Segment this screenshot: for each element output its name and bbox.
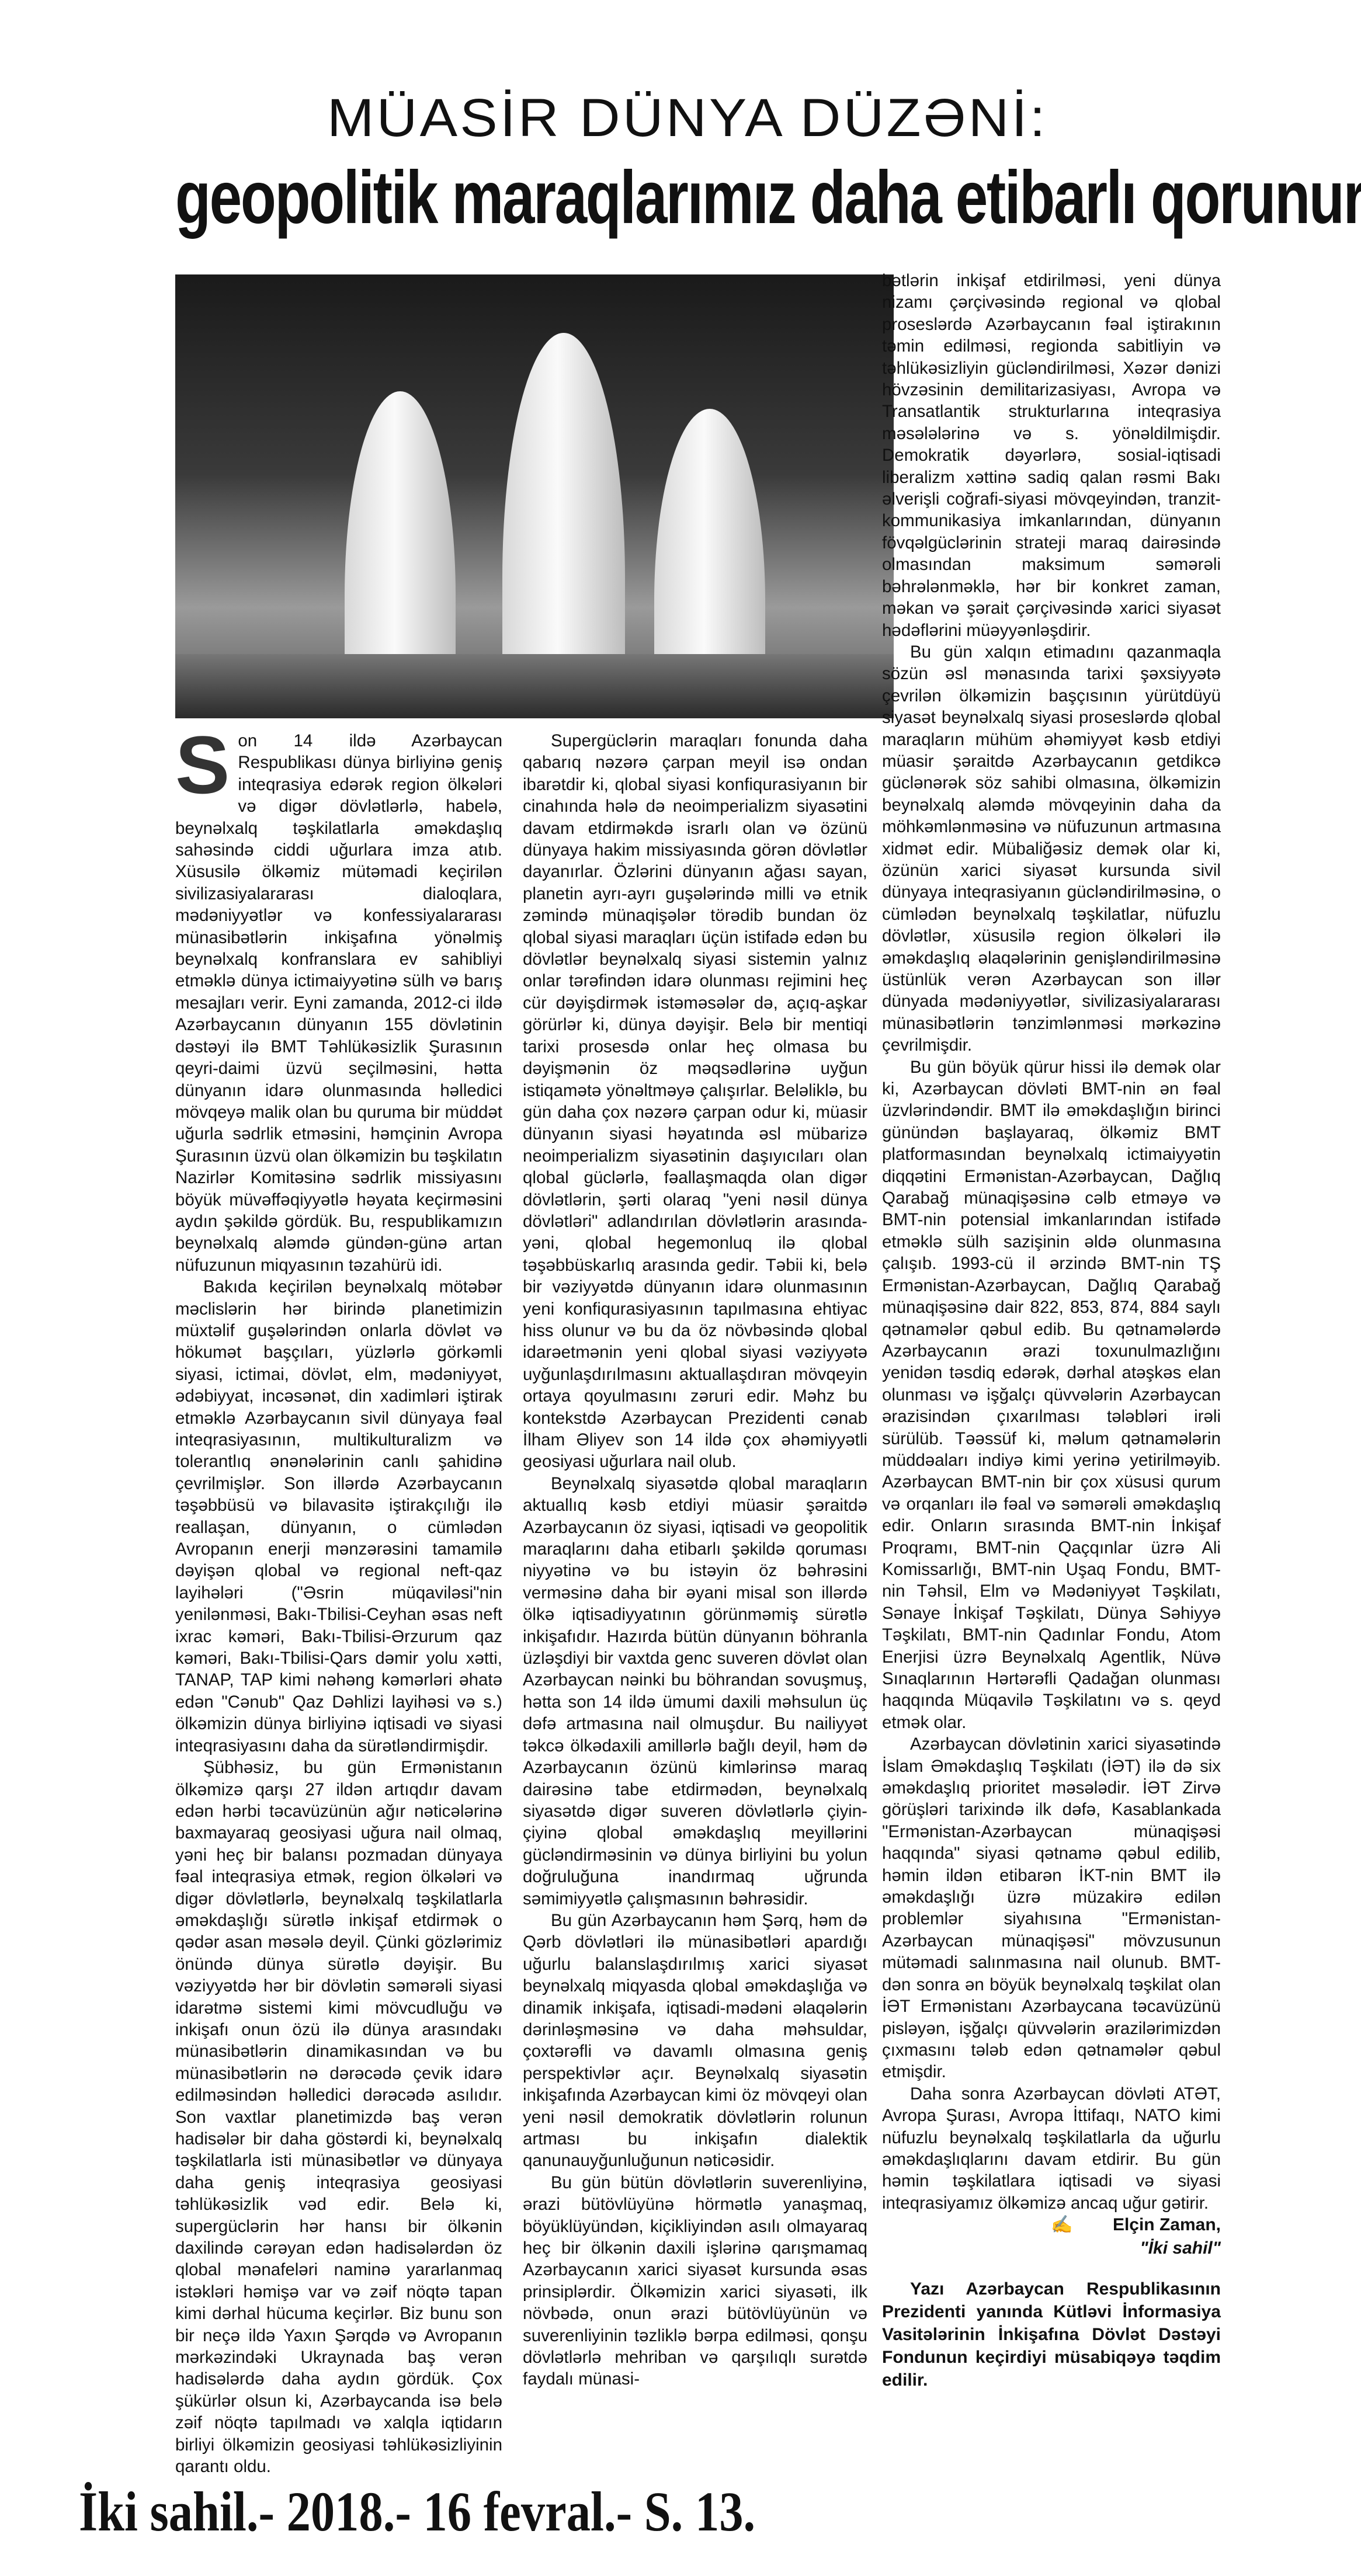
paragraph: Bu gün bütün dövlətlərin suverenliyinə, … [523, 2172, 867, 2390]
paragraph: Daha sonra Azərbaycan dövləti ATƏT, Avro… [882, 2083, 1221, 2214]
paragraph: Beynəlxalq siyasətdə qlobal maraqların a… [523, 1473, 867, 1910]
paragraph: Azərbaycan dövlətinin xarici siyasətində… [882, 1733, 1221, 2083]
kicker: MÜASİR DÜNYA DÜZƏNİ: [327, 88, 1048, 149]
city-skyline [175, 654, 894, 718]
flame-tower-center [502, 333, 625, 683]
headline: geopolitik maraqlarımız daha etibarlı qo… [175, 155, 1361, 241]
paragraph: Supergüclərin maraqları fonunda daha qab… [523, 730, 867, 1473]
article-column-3: bətlərin inkişaf etdirilməsi, yeni dünya… [882, 270, 1221, 2214]
source-citation: İki sahil.- 2018.- 16 fevral.- S. 13. [79, 2479, 755, 2544]
pen-icon: ✍ [1051, 2215, 1072, 2234]
flame-tower-left [345, 391, 456, 683]
author-name: Elçin Zaman, [1113, 2215, 1221, 2234]
paragraph: Bu gün Azərbaycanın həm Şərq, həm də Qər… [523, 1910, 867, 2172]
byline: ✍ Elçin Zaman, "İki sahil" [882, 2213, 1221, 2260]
paragraph: Bu gün xalqın etimadını qazanmaqla sözün… [882, 641, 1221, 1056]
publication-name: "İki sahil" [882, 2237, 1221, 2260]
paragraph: Şübhəsiz, bu gün Ermənistanın ölkəmizə q… [175, 1757, 502, 2477]
contest-note: Yazı Azərbaycan Respublikasının Preziden… [882, 2278, 1221, 2391]
article-photo [175, 274, 894, 718]
paragraph: bətlərin inkişaf etdirilməsi, yeni dünya… [882, 270, 1221, 641]
paragraph: Bakıda keçirilən beynəlxalq mötəbər məcl… [175, 1276, 502, 1757]
paragraph: Bu gün böyük qürur hissi ilə demək olar … [882, 1056, 1221, 1734]
note-text: Yazı Azərbaycan Respublikasının Preziden… [882, 2278, 1221, 2391]
drop-cap: S [175, 732, 230, 798]
flame-tower-right [654, 409, 765, 683]
article-column-1: S on 14 ildə Azərbaycan Respublikası dün… [175, 730, 502, 2478]
article-column-2: Supergüclərin maraqları fonunda daha qab… [523, 730, 867, 2390]
paragraph: on 14 ildə Azərbaycan Respublikası dünya… [175, 730, 502, 1276]
